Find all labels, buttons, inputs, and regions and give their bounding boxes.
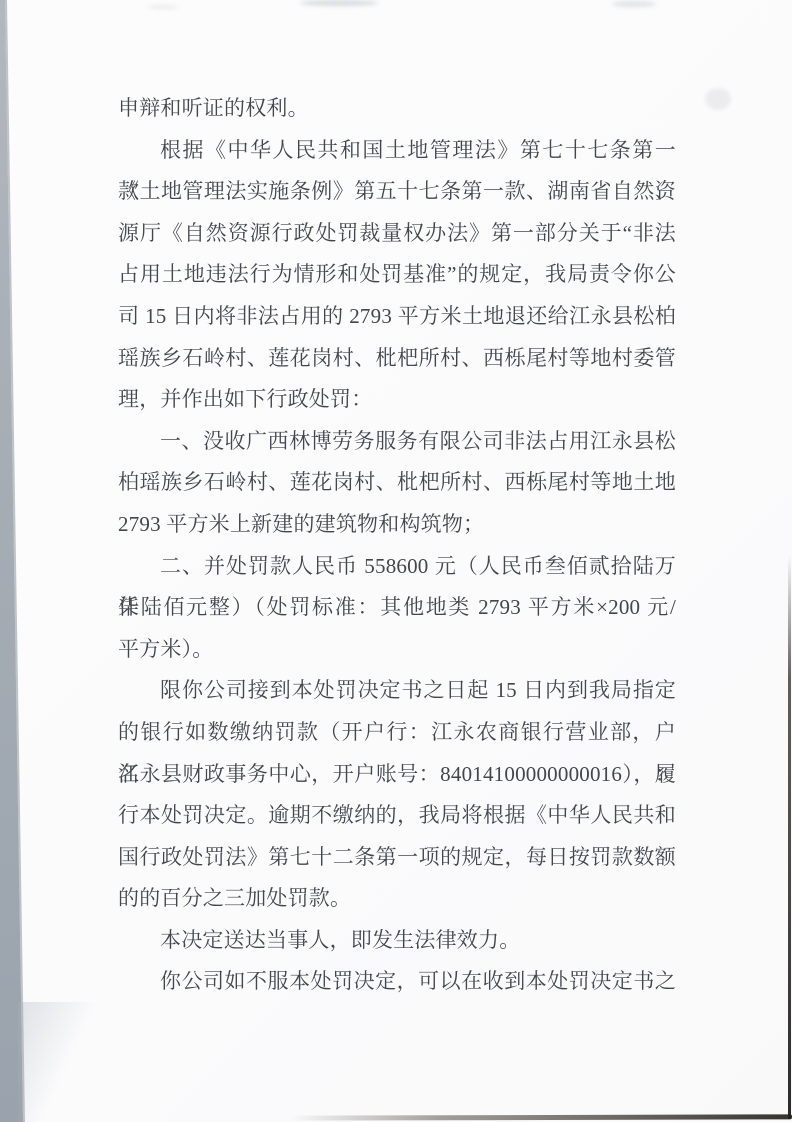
scan-smudge xyxy=(705,88,731,110)
text-line: 柏瑶族乡石岭村、莲花岗村、枇杷所村、西栎尾村等地土地 xyxy=(118,462,676,504)
scan-smudge xyxy=(612,1,656,7)
text-line: 2793 平方米上新建的建筑物和构筑物； xyxy=(118,504,676,546)
text-line: 源厅《自然资源行政处罚裁量权办法》第一部分关于“非法 xyxy=(118,213,676,255)
text-line: 本决定送达当事人，即发生法律效力。 xyxy=(118,920,676,962)
text-line: 限你公司接到本处罚决定书之日起 15 日内到我局指定 xyxy=(118,670,676,712)
text-line: 占用土地违法行为情形和处罚基准”的规定，我局责令你公 xyxy=(118,254,676,296)
text-line: 《土地管理法实施条例》第五十七条第一款、湖南省自然资 xyxy=(118,171,676,213)
text-line: 你公司如不服本处罚决定，可以在收到本处罚决定书之 xyxy=(118,961,676,1003)
text-line: 瑶族乡石岭村、莲花岗村、枇杷所村、西栎尾村等地村委管 xyxy=(118,338,676,380)
text-line: 二、并处罚款人民币 558600 元（人民币叁佰贰拾陆万柒 xyxy=(118,546,676,588)
page-corner-sheen xyxy=(18,1002,108,1122)
document-body-text: 申辩和听证的权利。 根据《中华人民共和国土地管理法》第七十七条第一款、 《土地管… xyxy=(118,88,676,1003)
scan-border-bottom xyxy=(290,1114,792,1120)
text-line: 司 15 日内将非法占用的 2793 平方米土地退还给江永县松柏 xyxy=(118,296,676,338)
scan-smudge xyxy=(148,5,178,9)
text-line: 行本处罚决定。逾期不缴纳的，我局将根据《中华人民共和 xyxy=(118,795,676,837)
text-line: 一、没收广西林博劳务服务有限公司非法占用江永县松 xyxy=(118,421,676,463)
text-line: 仟陆佰元整）（处罚标准：其他地类 2793 平方米×200 元/ xyxy=(118,587,676,629)
text-line: 江永县财政事务中心，开户账号：84014100000000016），履 xyxy=(118,754,676,796)
text-line: 根据《中华人民共和国土地管理法》第七十七条第一款、 xyxy=(118,130,676,172)
text-line: 的银行如数缴纳罚款（开户行：江永农商银行营业部，户名： xyxy=(118,712,676,754)
text-line: 平方米）。 xyxy=(118,629,676,671)
scanned-page: 申辩和听证的权利。 根据《中华人民共和国土地管理法》第七十七条第一款、 《土地管… xyxy=(0,0,792,1122)
text-line: 理，并作出如下行政处罚： xyxy=(118,379,676,421)
text-line: 国行政处罚法》第七十二条第一项的规定，每日按罚款数额 xyxy=(118,837,676,879)
text-line: 申辩和听证的权利。 xyxy=(118,88,676,130)
scan-border-right xyxy=(788,555,791,1119)
scan-smudge xyxy=(300,0,378,6)
text-line: 的的百分之三加处罚款。 xyxy=(118,878,676,920)
